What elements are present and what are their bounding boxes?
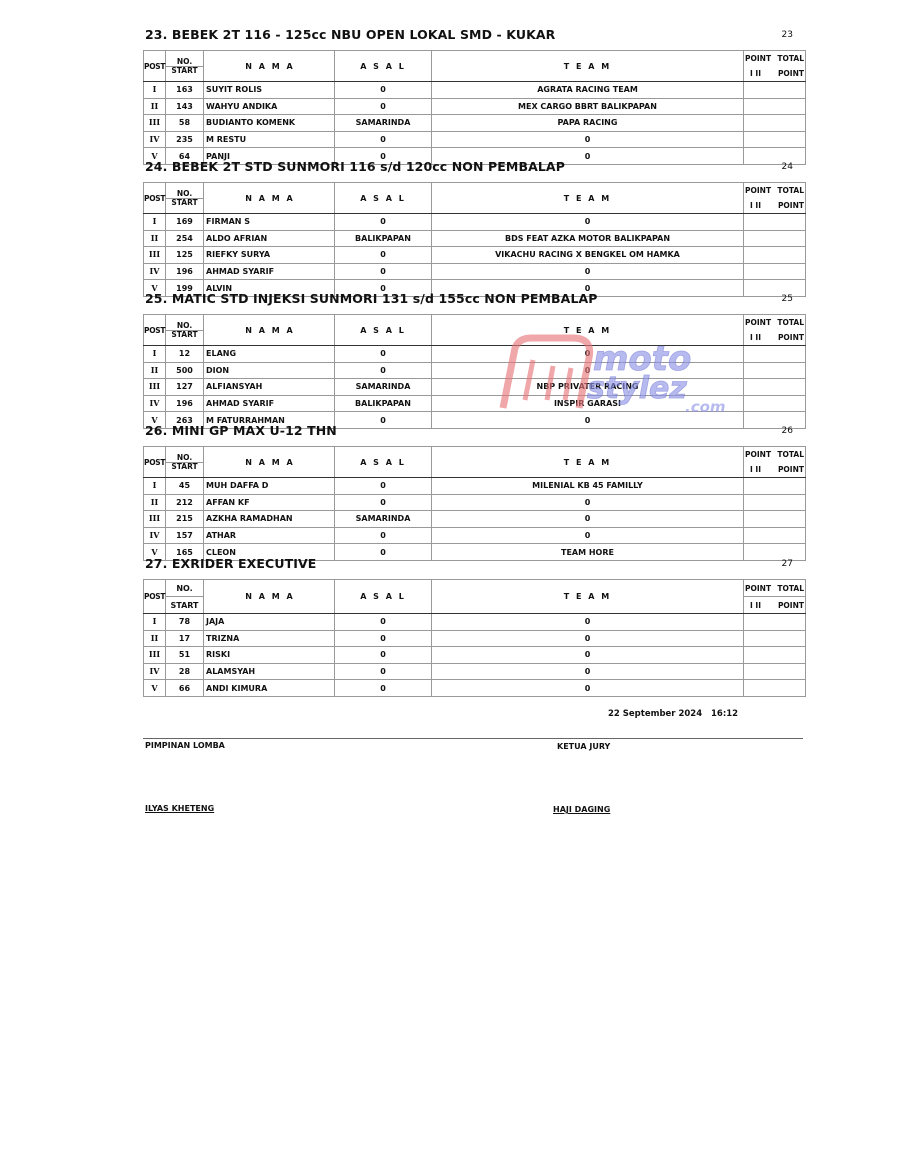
rider-name: AHMAD SYARIF (204, 263, 335, 280)
rider-team: 0 (432, 494, 744, 511)
col-pos: POST (144, 51, 166, 82)
rider-team: 0 (432, 131, 744, 148)
position: III (144, 511, 166, 528)
rider-team: AGRATA RACING TEAM (432, 82, 744, 99)
race-number: 26 (782, 426, 793, 436)
col-points: POINTTOTALI IIPOINT (744, 51, 806, 82)
rider-origin: 0 (335, 614, 432, 631)
start-number: 215 (166, 511, 204, 528)
col-name: N A M A (204, 183, 335, 214)
position: IV (144, 527, 166, 544)
rider-team: 0 (432, 614, 744, 631)
col-name: N A M A (204, 447, 335, 478)
position: I (144, 214, 166, 231)
position: III (144, 647, 166, 664)
rider-origin: 0 (335, 647, 432, 664)
table-header-row: POST NO.START N A M A A S A L T E A M PO… (144, 183, 806, 214)
rider-team: 0 (432, 511, 744, 528)
col-name: N A M A (204, 51, 335, 82)
rider-origin: 0 (335, 214, 432, 231)
rider-origin: 0 (335, 478, 432, 495)
rider-team: TEAM HORE (432, 544, 744, 561)
table-row: IV 157 ATHAR 0 0 (144, 527, 806, 544)
rider-team: 0 (432, 630, 744, 647)
table-row: II 254 ALDO AFRIAN BALIKPAPAN BDS FEAT A… (144, 230, 806, 247)
col-pos: POST (144, 183, 166, 214)
rider-name: ALAMSYAH (204, 663, 335, 680)
rider-team: BDS FEAT AZKA MOTOR BALIKPAPAN (432, 230, 744, 247)
table-row: I 78 JAJA 0 0 (144, 614, 806, 631)
start-number: 143 (166, 98, 204, 115)
position: IV (144, 663, 166, 680)
start-number: 58 (166, 115, 204, 132)
col-team: T E A M (432, 580, 744, 614)
col-points-top: POINTTOTAL (744, 580, 806, 597)
results-table: POST NO.START N A M A A S A L T E A M PO… (143, 182, 806, 297)
table-row: IV 28 ALAMSYAH 0 0 (144, 663, 806, 680)
rider-team: VIKACHU RACING X BENGKEL OM HAMKA (432, 247, 744, 264)
rider-name: TRIZNA (204, 630, 335, 647)
rider-origin: SAMARINDA (335, 379, 432, 396)
points-cell (744, 478, 806, 495)
rider-name: MUH DAFFA D (204, 478, 335, 495)
print-date: 22 September 2024 (608, 709, 702, 719)
points-cell (744, 115, 806, 132)
race-title: 24. BEBEK 2T STD SUNMORI 116 s/d 120cc N… (145, 159, 565, 174)
table-row: II 212 AFFAN KF 0 0 (144, 494, 806, 511)
rider-team: 0 (432, 412, 744, 429)
table-header-row: POST NO.START N A M A A S A L T E A M PO… (144, 447, 806, 478)
rider-origin: 0 (335, 346, 432, 363)
print-time: 16:12 (711, 709, 738, 719)
rider-origin: 0 (335, 82, 432, 99)
start-number: 51 (166, 647, 204, 664)
rider-name: ALFIANSYAH (204, 379, 335, 396)
race-number: 24 (782, 162, 793, 172)
table-header-row: POST NO.START N A M A A S A L T E A M PO… (144, 315, 806, 346)
results-table: POST NO.START N A M A A S A L T E A M PO… (143, 314, 806, 429)
rider-name: ANDI KIMURA (204, 680, 335, 697)
start-number: 127 (166, 379, 204, 396)
rider-origin: 0 (335, 544, 432, 561)
points-cell (744, 395, 806, 412)
start-number: 125 (166, 247, 204, 264)
race-number: 23 (782, 30, 793, 40)
col-points: POINTTOTALI IIPOINT (744, 447, 806, 478)
table-row: III 125 RIEFKY SURYA 0 VIKACHU RACING X … (144, 247, 806, 264)
points-cell (744, 614, 806, 631)
points-cell (744, 247, 806, 264)
start-number: 163 (166, 82, 204, 99)
position: IV (144, 263, 166, 280)
col-start-number-bottom: START (166, 597, 204, 614)
col-origin: A S A L (335, 447, 432, 478)
position: I (144, 478, 166, 495)
rider-origin: 0 (335, 131, 432, 148)
table-row: IV 196 AHMAD SYARIF 0 0 (144, 263, 806, 280)
col-team: T E A M (432, 183, 744, 214)
col-points-bottom: I IIPOINT (744, 597, 806, 614)
position: III (144, 115, 166, 132)
table-row: II 17 TRIZNA 0 0 (144, 630, 806, 647)
rider-name: ALDO AFRIAN (204, 230, 335, 247)
rider-team: 0 (432, 663, 744, 680)
position: II (144, 630, 166, 647)
rider-name: WAHYU ANDIKA (204, 98, 335, 115)
points-cell (744, 379, 806, 396)
points-cell (744, 511, 806, 528)
rider-name: RIEFKY SURYA (204, 247, 335, 264)
points-cell (744, 680, 806, 697)
points-cell (744, 630, 806, 647)
rider-origin: BALIKPAPAN (335, 230, 432, 247)
start-number: 78 (166, 614, 204, 631)
rider-team: 0 (432, 647, 744, 664)
rider-name: JAJA (204, 614, 335, 631)
jury-chief-name: HAJI DAGING (553, 805, 610, 814)
col-pos: POST (144, 580, 166, 614)
table-row: IV 235 M RESTU 0 0 (144, 131, 806, 148)
position: III (144, 247, 166, 264)
results-table: POST NO.START N A M A A S A L T E A M PO… (143, 446, 806, 561)
rider-team: 0 (432, 527, 744, 544)
points-cell (744, 362, 806, 379)
position: I (144, 614, 166, 631)
col-points: POINTTOTALI IIPOINT (744, 183, 806, 214)
start-number: 212 (166, 494, 204, 511)
points-cell (744, 98, 806, 115)
col-name: N A M A (204, 580, 335, 614)
rider-origin: 0 (335, 263, 432, 280)
points-cell (744, 346, 806, 363)
rider-origin: BALIKPAPAN (335, 395, 432, 412)
rider-name: FIRMAN S (204, 214, 335, 231)
col-origin: A S A L (335, 51, 432, 82)
col-name: N A M A (204, 315, 335, 346)
position: II (144, 98, 166, 115)
col-start-number: NO.START (166, 183, 204, 214)
col-origin: A S A L (335, 315, 432, 346)
rider-team: MILENIAL KB 45 FAMILLY (432, 478, 744, 495)
rider-team: 0 (432, 346, 744, 363)
table-row: I 169 FIRMAN S 0 0 (144, 214, 806, 231)
points-cell (744, 148, 806, 165)
points-cell (744, 663, 806, 680)
points-cell (744, 647, 806, 664)
footer-divider (143, 738, 803, 739)
rider-origin: 0 (335, 680, 432, 697)
points-cell (744, 544, 806, 561)
col-start-number: NO.START (166, 447, 204, 478)
rider-name: AHMAD SYARIF (204, 395, 335, 412)
rider-name: AZKHA RAMADHAN (204, 511, 335, 528)
rider-origin: 0 (335, 247, 432, 264)
rider-team: MEX CARGO BBRT BALIKPAPAN (432, 98, 744, 115)
race-title: 25. MATIC STD INJEKSI SUNMORI 131 s/d 15… (145, 291, 598, 306)
rider-origin: 0 (335, 663, 432, 680)
rider-team: PAPA RACING (432, 115, 744, 132)
col-team: T E A M (432, 315, 744, 346)
start-number: 66 (166, 680, 204, 697)
start-number: 500 (166, 362, 204, 379)
race-number: 25 (782, 294, 793, 304)
col-team: T E A M (432, 51, 744, 82)
table-row: V 66 ANDI KIMURA 0 0 (144, 680, 806, 697)
start-number: 17 (166, 630, 204, 647)
rider-name: ATHAR (204, 527, 335, 544)
rider-name: BUDIANTO KOMENK (204, 115, 335, 132)
table-row: I 12 ELANG 0 0 (144, 346, 806, 363)
col-pos: POST (144, 315, 166, 346)
rider-origin: SAMARINDA (335, 511, 432, 528)
points-cell (744, 412, 806, 429)
table-row: III 58 BUDIANTO KOMENK SAMARINDA PAPA RA… (144, 115, 806, 132)
table-row: III 51 RISKI 0 0 (144, 647, 806, 664)
rider-name: ELANG (204, 346, 335, 363)
col-start-number-top: NO. (166, 580, 204, 597)
race-number: 27 (782, 559, 793, 569)
rider-name: DION (204, 362, 335, 379)
table-header-row: POST NO.START N A M A A S A L T E A M PO… (144, 51, 806, 82)
start-number: 254 (166, 230, 204, 247)
start-number: 28 (166, 663, 204, 680)
rider-origin: 0 (335, 494, 432, 511)
start-number: 157 (166, 527, 204, 544)
rider-name: M RESTU (204, 131, 335, 148)
results-table: POST NO. N A M A A S A L T E A M POINTTO… (143, 579, 806, 697)
position: IV (144, 131, 166, 148)
race-director-name: ILYAS KHETENG (145, 804, 214, 813)
table-row: IV 196 AHMAD SYARIF BALIKPAPAN INSPIR GA… (144, 395, 806, 412)
rider-origin: 0 (335, 412, 432, 429)
points-cell (744, 131, 806, 148)
jury-chief-role: KETUA JURY (557, 742, 610, 751)
col-start-number: NO.START (166, 51, 204, 82)
rider-origin: 0 (335, 362, 432, 379)
rider-name: RISKI (204, 647, 335, 664)
rider-name: AFFAN KF (204, 494, 335, 511)
points-cell (744, 527, 806, 544)
rider-team: 0 (432, 263, 744, 280)
start-number: 45 (166, 478, 204, 495)
points-cell (744, 263, 806, 280)
col-start-number: NO.START (166, 315, 204, 346)
position: I (144, 82, 166, 99)
position: IV (144, 395, 166, 412)
results-table: POST NO.START N A M A A S A L T E A M PO… (143, 50, 806, 165)
rider-origin: 0 (335, 98, 432, 115)
points-cell (744, 214, 806, 231)
position: II (144, 362, 166, 379)
col-origin: A S A L (335, 580, 432, 614)
rider-team: 0 (432, 680, 744, 697)
race-title: 26. MINI GP MAX U-12 THN (145, 423, 337, 438)
position: V (144, 680, 166, 697)
race-title: 27. EXRIDER EXECUTIVE (145, 556, 316, 571)
rider-origin: SAMARINDA (335, 115, 432, 132)
position: II (144, 494, 166, 511)
table-row: I 45 MUH DAFFA D 0 MILENIAL KB 45 FAMILL… (144, 478, 806, 495)
table-row: I 163 SUYIT ROLIS 0 AGRATA RACING TEAM (144, 82, 806, 99)
points-cell (744, 280, 806, 297)
rider-team: INSPIR GARASI (432, 395, 744, 412)
table-row: II 143 WAHYU ANDIKA 0 MEX CARGO BBRT BAL… (144, 98, 806, 115)
rider-team: 0 (432, 214, 744, 231)
col-points: POINTTOTALI IIPOINT (744, 315, 806, 346)
rider-team: 0 (432, 362, 744, 379)
race-title: 23. BEBEK 2T 116 - 125cc NBU OPEN LOKAL … (145, 27, 555, 42)
rider-origin: 0 (335, 527, 432, 544)
start-number: 12 (166, 346, 204, 363)
col-team: T E A M (432, 447, 744, 478)
col-origin: A S A L (335, 183, 432, 214)
table-row: III 215 AZKHA RAMADHAN SAMARINDA 0 (144, 511, 806, 528)
start-number: 196 (166, 395, 204, 412)
position: II (144, 230, 166, 247)
points-cell (744, 230, 806, 247)
rider-team: NBP PRIVATER RACING (432, 379, 744, 396)
start-number: 235 (166, 131, 204, 148)
start-number: 169 (166, 214, 204, 231)
points-cell (744, 494, 806, 511)
position: III (144, 379, 166, 396)
table-row: II 500 DION 0 0 (144, 362, 806, 379)
rider-origin: 0 (335, 630, 432, 647)
rider-name: SUYIT ROLIS (204, 82, 335, 99)
table-header-row: POST NO. N A M A A S A L T E A M POINTTO… (144, 580, 806, 597)
points-cell (744, 82, 806, 99)
col-pos: POST (144, 447, 166, 478)
position: I (144, 346, 166, 363)
start-number: 196 (166, 263, 204, 280)
table-row: III 127 ALFIANSYAH SAMARINDA NBP PRIVATE… (144, 379, 806, 396)
race-director-role: PIMPINAN LOMBA (145, 741, 225, 750)
